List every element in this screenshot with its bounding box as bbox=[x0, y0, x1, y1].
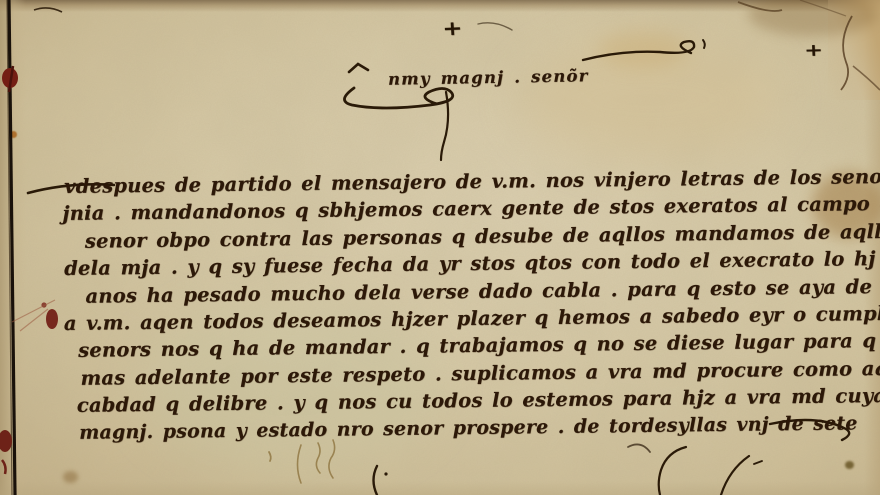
letter-salutation: nmy magnj . senõr bbox=[388, 66, 589, 88]
faded-stain bbox=[598, 32, 688, 68]
page-edge-left bbox=[0, 0, 26, 495]
manuscript-page: + + nmy magnj . senõr vdespues de partid… bbox=[0, 0, 880, 495]
ink-spot bbox=[845, 461, 854, 469]
faint-spot bbox=[63, 471, 78, 483]
page-edge-bottom bbox=[0, 481, 880, 495]
letter-body: vdespues de partido el mensajero de v.m.… bbox=[62, 165, 880, 449]
corner-cross-icon: + bbox=[804, 40, 824, 60]
rust-spot bbox=[10, 131, 17, 138]
invocation-cross-icon: + bbox=[442, 16, 464, 41]
